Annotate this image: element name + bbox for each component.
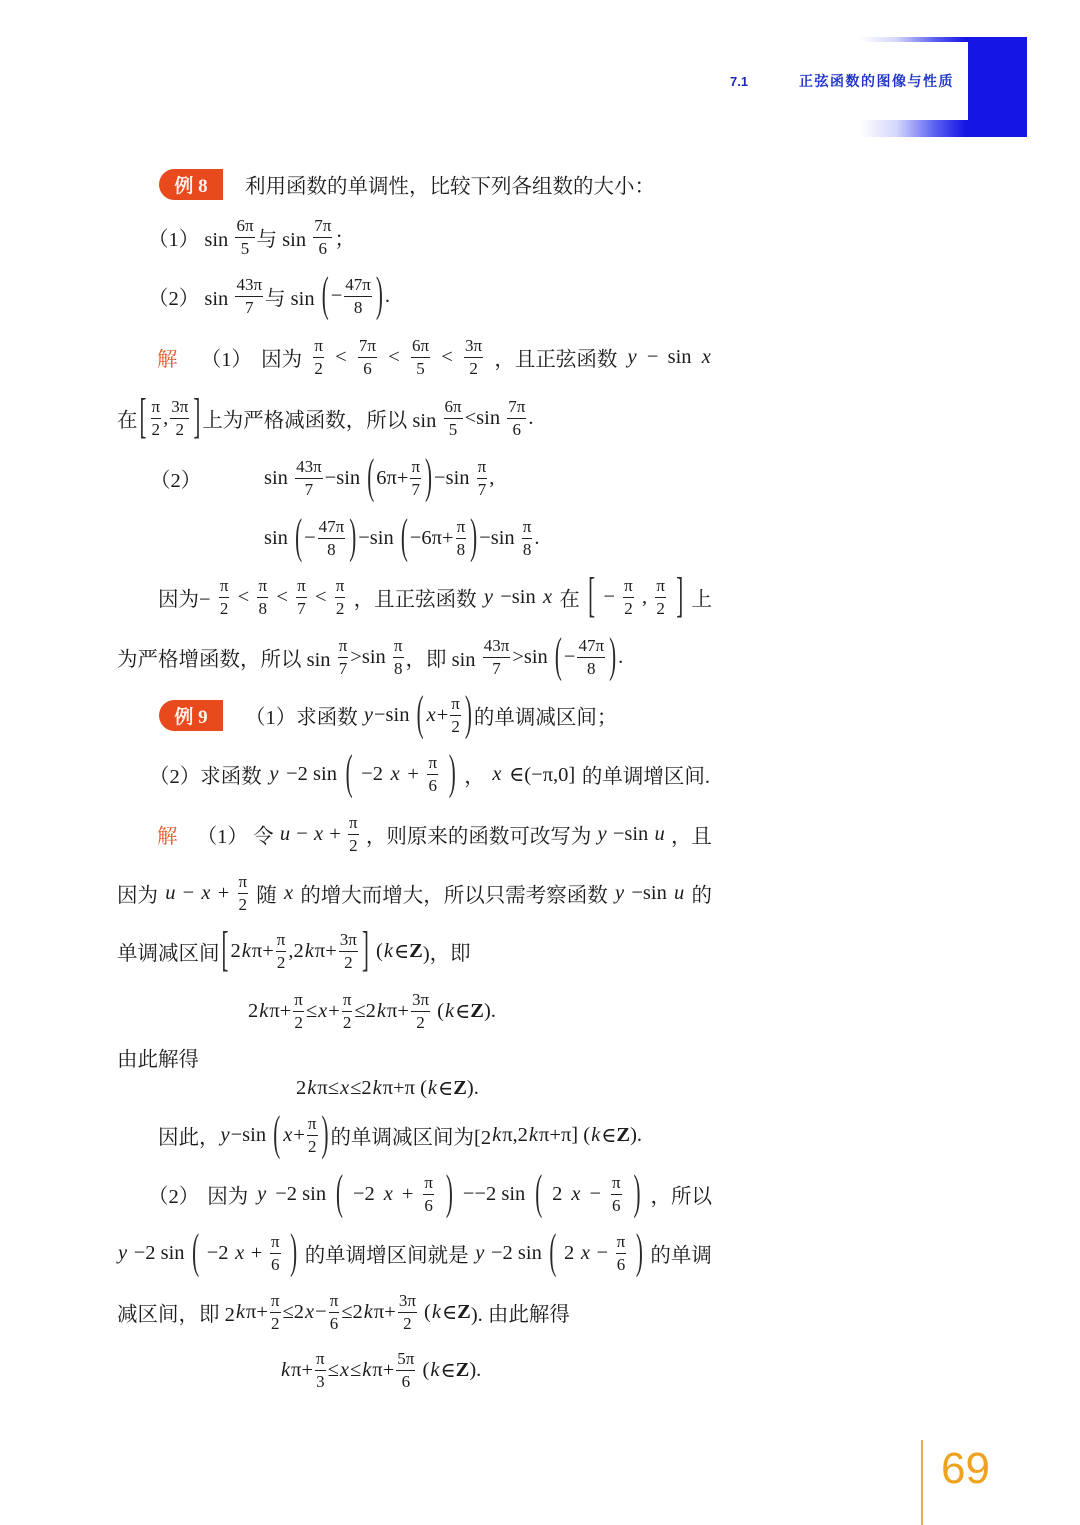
text-run: π+π ( bbox=[383, 1077, 427, 1100]
text-run: ). bbox=[467, 1077, 479, 1100]
fraction-denominator: 2 bbox=[655, 598, 666, 620]
text-run: ). bbox=[630, 1124, 642, 1147]
fraction-numerator: π bbox=[307, 1113, 318, 1135]
math-variable: y bbox=[363, 704, 374, 727]
fraction-denominator: 5 bbox=[415, 358, 426, 380]
text-run: − bbox=[589, 1183, 601, 1206]
left-delimiter: [ bbox=[222, 925, 229, 973]
fraction-denominator: 2 bbox=[415, 1012, 426, 1034]
text-run: 的单调增区间就是 bbox=[305, 1238, 469, 1268]
fraction: π2 bbox=[313, 335, 324, 380]
fraction-denominator: 8 bbox=[353, 297, 364, 319]
text-run: 因为− bbox=[158, 582, 211, 612]
text-run: ； bbox=[334, 222, 355, 252]
math-variable: y bbox=[268, 763, 279, 786]
math-variable: k bbox=[427, 1077, 438, 1100]
example-8-solution-equation: sin 43π7−sin (6π+π7)−sin π7, bbox=[264, 448, 494, 508]
fraction-numerator: 43π bbox=[483, 635, 511, 657]
text-run: + bbox=[437, 704, 449, 727]
fraction-numerator: 3π bbox=[339, 929, 358, 951]
text-run: 在 bbox=[559, 582, 580, 612]
math-variable: x bbox=[542, 586, 553, 609]
text-run: < bbox=[441, 346, 453, 369]
text-run: 随 bbox=[256, 878, 277, 908]
fraction: 3π2 bbox=[411, 989, 430, 1034]
example-9-solution-equation: kπ+π3≤x≤kπ+5π6 (k∈Z). bbox=[280, 1340, 481, 1400]
fraction: π2 bbox=[307, 1113, 318, 1158]
fraction-numerator: 47π bbox=[318, 516, 346, 538]
fraction: π7 bbox=[410, 456, 421, 501]
fraction: 47π8 bbox=[344, 274, 372, 319]
text-run: − bbox=[183, 882, 195, 905]
text-run: 的单调 bbox=[650, 1238, 712, 1268]
text-run: ∈ bbox=[440, 1358, 455, 1383]
text-run: ( bbox=[419, 1301, 431, 1324]
text-run: ≤2 bbox=[350, 1077, 372, 1100]
text-run: 上为严格减函数，所以 sin bbox=[202, 403, 441, 433]
fraction-numerator: π bbox=[338, 635, 349, 657]
math-variable: k bbox=[590, 1124, 601, 1147]
fraction: 43π7 bbox=[483, 635, 511, 680]
left-delimiter: ( bbox=[555, 631, 562, 679]
text-run: ( bbox=[417, 1359, 429, 1382]
fraction: π7 bbox=[296, 575, 307, 620]
left-delimiter: ( bbox=[336, 1168, 343, 1216]
text-run: π+π] ( bbox=[539, 1124, 590, 1147]
text-run: < bbox=[276, 586, 288, 609]
fraction: π8 bbox=[393, 635, 404, 680]
fraction-denominator: 7 bbox=[491, 658, 502, 680]
fraction: π6 bbox=[611, 1172, 622, 1217]
text-run: π+ bbox=[291, 1359, 313, 1382]
text-run: 因此， bbox=[158, 1120, 220, 1150]
example-9-solution-equation: 2kπ+π2≤x+π2≤2kπ+3π2 (k∈Z). bbox=[248, 981, 496, 1041]
text-run: + bbox=[251, 1242, 263, 1265]
fraction: π2 bbox=[238, 871, 249, 916]
fraction-numerator: 43π bbox=[295, 456, 323, 478]
fraction: π2 bbox=[342, 989, 353, 1034]
text-run: π+ bbox=[387, 1000, 409, 1023]
right-delimiter: ) bbox=[465, 689, 472, 737]
text-run: − bbox=[564, 646, 576, 669]
fraction-numerator: π bbox=[393, 635, 404, 657]
fraction-numerator: π bbox=[151, 396, 162, 418]
math-variable: k bbox=[361, 1359, 372, 1382]
fraction: π2 bbox=[655, 575, 666, 620]
fraction-numerator: π bbox=[238, 871, 249, 893]
left-delimiter: [ bbox=[588, 571, 595, 619]
fraction: π8 bbox=[456, 516, 467, 561]
text-run: 减区间，即 2 bbox=[117, 1297, 235, 1327]
fraction-numerator: π bbox=[655, 575, 666, 597]
fraction: 6π5 bbox=[444, 396, 463, 441]
fraction-numerator: π bbox=[270, 1231, 281, 1253]
fraction: 43π7 bbox=[295, 456, 323, 501]
text-run: π+ bbox=[315, 940, 337, 963]
right-delimiter: ) bbox=[470, 512, 477, 560]
text-run: ，且正弦函数 bbox=[354, 582, 477, 612]
fraction-numerator: 5π bbox=[396, 1348, 415, 1370]
math-set-symbol: Z bbox=[616, 1124, 630, 1147]
text-run: ≤2 bbox=[283, 1301, 305, 1324]
example-8-part-1: （1） sin 6π5与 sin 7π6； bbox=[148, 207, 355, 267]
example-8-solution-part-2-label: （2） bbox=[150, 448, 201, 508]
text-run: （2） bbox=[150, 463, 201, 493]
fraction-denominator: 6 bbox=[318, 238, 329, 260]
fraction: π2 bbox=[450, 693, 461, 738]
text-run: < bbox=[388, 346, 400, 369]
text-run: 令 bbox=[253, 819, 274, 849]
fraction: π8 bbox=[257, 575, 268, 620]
text-run: −sin bbox=[374, 704, 415, 727]
fraction: 7π6 bbox=[313, 215, 332, 260]
text-run: + bbox=[402, 1183, 414, 1206]
text-run: −sin bbox=[434, 467, 475, 490]
page-number-rule bbox=[921, 1440, 923, 1525]
math-variable: x bbox=[339, 1077, 350, 1100]
fraction: π6 bbox=[616, 1231, 627, 1276]
fraction-numerator: π bbox=[623, 575, 634, 597]
fraction-denominator: 2 bbox=[348, 835, 359, 857]
fraction: 6π5 bbox=[235, 215, 254, 260]
text-run: 2 bbox=[552, 1183, 562, 1206]
text-run: ≤2 bbox=[354, 1000, 376, 1023]
math-variable: k bbox=[431, 1301, 442, 1324]
fraction: π6 bbox=[329, 1290, 340, 1335]
fraction: 43π7 bbox=[235, 274, 263, 319]
text-run: （1） bbox=[201, 342, 252, 372]
fraction-denominator: 2 bbox=[307, 1136, 318, 1158]
fraction: 47π8 bbox=[318, 516, 346, 561]
text-run: （1） bbox=[197, 819, 248, 849]
example-8-solution-line: 解（1）因为π2<7π6<6π5<3π2，且正弦函数y−sinx bbox=[157, 327, 712, 387]
right-delimiter: ) bbox=[446, 1168, 453, 1216]
page-number: 69 bbox=[941, 1447, 990, 1491]
fraction-denominator: 2 bbox=[468, 358, 479, 380]
fraction-numerator: π bbox=[616, 1231, 627, 1253]
math-variable: y bbox=[614, 882, 625, 905]
fraction-numerator: 7π bbox=[507, 396, 526, 418]
text-run: − bbox=[296, 823, 308, 846]
text-run: − bbox=[603, 586, 615, 609]
text-run: 的增大而增大，所以只需考察函数 bbox=[300, 878, 608, 908]
math-variable: k bbox=[363, 1301, 374, 1324]
text-run: . bbox=[385, 285, 390, 308]
example-8-part-2: （2） sin 43π7与 sin (−47π8). bbox=[148, 266, 390, 326]
fraction-denominator: 2 bbox=[402, 1313, 413, 1335]
fraction-numerator: π bbox=[611, 1172, 622, 1194]
text-run: sin bbox=[668, 346, 692, 369]
text-run: + bbox=[293, 1124, 305, 1147]
right-delimiter: ) bbox=[349, 512, 356, 560]
math-set-symbol: Z bbox=[470, 1000, 484, 1023]
right-delimiter: ) bbox=[636, 1227, 643, 1275]
text-run: 2 bbox=[231, 940, 241, 963]
right-delimiter: ] bbox=[362, 925, 369, 973]
text-run: ∈(−π,0] bbox=[509, 762, 575, 787]
text-run: , bbox=[489, 467, 494, 490]
math-variable: u bbox=[673, 882, 685, 905]
fraction-numerator: π bbox=[342, 989, 353, 1011]
example-9-part-1: 例 9（1）求函数 y−sin (x+π2)的单调减区间； bbox=[159, 685, 617, 745]
text-run: 与 sin bbox=[257, 222, 312, 252]
example-8-solution-equation: sin (−47π8)−sin (−6π+π8)−sin π8. bbox=[264, 508, 540, 568]
example-9-solution-line: 因为u−x+π2随x的增大而增大，所以只需考察函数y−sinu的 bbox=[117, 863, 712, 923]
text-run: −2 bbox=[353, 1183, 375, 1206]
text-run: （1）求函数 bbox=[245, 700, 363, 730]
right-delimiter: ) bbox=[425, 452, 432, 500]
text-run: π+ bbox=[246, 1301, 268, 1324]
text-run: 上 bbox=[691, 582, 712, 612]
right-delimiter: ] bbox=[193, 392, 200, 440]
text-run: )，即 bbox=[423, 936, 471, 966]
fraction: π2 bbox=[276, 929, 287, 974]
fraction-denominator: 2 bbox=[151, 419, 162, 441]
text-run: 的 bbox=[691, 878, 712, 908]
solution-label: 解 bbox=[157, 819, 178, 849]
text-run: < bbox=[238, 586, 250, 609]
fraction: π6 bbox=[427, 752, 438, 797]
example-9-solution-line: 由此解得 bbox=[117, 1027, 199, 1087]
fraction-numerator: π bbox=[270, 1290, 281, 1312]
math-variable: u bbox=[279, 823, 291, 846]
math-variable: x bbox=[426, 704, 437, 727]
math-variable: x bbox=[234, 1242, 245, 1265]
fraction: 3π2 bbox=[339, 929, 358, 974]
fraction-numerator: 3π bbox=[170, 396, 189, 418]
left-delimiter: ( bbox=[535, 1168, 542, 1216]
fraction-denominator: 2 bbox=[335, 598, 346, 620]
text-run: ≤2 bbox=[341, 1301, 363, 1324]
fraction-numerator: π bbox=[423, 1172, 434, 1194]
text-run: 2 bbox=[564, 1242, 574, 1265]
example-badge: 例 8 bbox=[159, 169, 223, 200]
text-run: − bbox=[597, 1242, 609, 1265]
fraction-denominator: 6 bbox=[362, 358, 373, 380]
fraction: 6π5 bbox=[411, 335, 430, 380]
text-run: π+ bbox=[252, 940, 274, 963]
math-variable: x bbox=[200, 882, 211, 905]
text-run: （2） sin bbox=[148, 281, 233, 311]
text-run: −2 bbox=[207, 1242, 229, 1265]
math-variable: x bbox=[570, 1183, 581, 1206]
fraction-denominator: 2 bbox=[342, 1012, 353, 1034]
left-delimiter: [ bbox=[140, 392, 147, 440]
text-run: −2 sin bbox=[491, 1242, 542, 1265]
fraction: 7π6 bbox=[507, 396, 526, 441]
text-run: ). 由此解得 bbox=[471, 1297, 570, 1327]
text-run: . bbox=[618, 646, 623, 669]
math-variable: x bbox=[317, 1000, 328, 1023]
text-run: −6π+ bbox=[410, 527, 454, 550]
fraction-numerator: π bbox=[313, 335, 324, 357]
text-run: 在 bbox=[117, 403, 138, 433]
example-9-part-2: （2）求函数y−2 sin(−2x+π6)，x∈(−π,0]的单调增区间. bbox=[149, 744, 710, 804]
fraction-denominator: 6 bbox=[616, 1254, 627, 1276]
fraction-denominator: 6 bbox=[329, 1313, 340, 1335]
fraction: π2 bbox=[348, 812, 359, 857]
text-run: ). bbox=[469, 1359, 481, 1382]
fraction-numerator: 3π bbox=[398, 1290, 417, 1312]
text-run: ≤ bbox=[306, 1000, 317, 1023]
fraction-denominator: 2 bbox=[175, 419, 186, 441]
text-run: 的单调增区间. bbox=[582, 759, 710, 789]
fraction: 7π6 bbox=[358, 335, 377, 380]
text-run: 与 sin bbox=[265, 281, 320, 311]
text-run: 因为 bbox=[117, 878, 158, 908]
fraction-denominator: 8 bbox=[258, 598, 269, 620]
math-variable: y bbox=[117, 1242, 128, 1265]
left-delimiter: ( bbox=[549, 1227, 556, 1275]
fraction-denominator: 2 bbox=[238, 894, 249, 916]
math-variable: k bbox=[304, 940, 315, 963]
right-delimiter: ) bbox=[376, 270, 383, 318]
fraction: π6 bbox=[423, 1172, 434, 1217]
math-variable: x bbox=[701, 346, 712, 369]
math-variable: x bbox=[282, 1124, 293, 1147]
text-run: 单调减区间 bbox=[117, 936, 220, 966]
fraction-denominator: 2 bbox=[343, 952, 354, 974]
math-variable: x bbox=[339, 1359, 350, 1382]
text-run: （2）求函数 bbox=[149, 759, 262, 789]
text-run: − bbox=[304, 527, 316, 550]
math-set-symbol: Z bbox=[457, 1301, 471, 1324]
right-delimiter: ) bbox=[449, 748, 456, 796]
left-delimiter: ( bbox=[346, 748, 353, 796]
math-variable: k bbox=[235, 1301, 246, 1324]
text-run: ). bbox=[484, 1000, 496, 1023]
section-title: 正弦函数的图像与性质 bbox=[799, 73, 954, 89]
left-delimiter: ( bbox=[367, 452, 374, 500]
math-variable: x bbox=[580, 1242, 591, 1265]
text-run: sin bbox=[264, 527, 293, 550]
math-set-symbol: Z bbox=[453, 1077, 467, 1100]
fraction: π7 bbox=[338, 635, 349, 680]
math-variable: y bbox=[220, 1124, 231, 1147]
example-8-solution-line: 在[π2,3π2]上为严格减函数，所以 sin 6π5<sin 7π6. bbox=[117, 388, 533, 448]
fraction-denominator: 5 bbox=[240, 238, 251, 260]
text-run: <sin bbox=[465, 407, 506, 430]
fraction-numerator: π bbox=[329, 1290, 340, 1312]
fraction: 3π2 bbox=[398, 1290, 417, 1335]
text-run: ， bbox=[464, 759, 485, 789]
text-run: π+ bbox=[269, 1000, 291, 1023]
fraction-numerator: π bbox=[219, 575, 230, 597]
text-run: + bbox=[328, 1000, 340, 1023]
fraction-denominator: 6 bbox=[270, 1254, 281, 1276]
math-variable: k bbox=[528, 1124, 539, 1147]
text-run: −2 bbox=[361, 763, 383, 786]
math-variable: y bbox=[256, 1183, 267, 1206]
fraction-numerator: π bbox=[450, 693, 461, 715]
example-9-solution-line: 解（1）令u−x+π2，则原来的函数可改写为y−sinu，且 bbox=[157, 804, 712, 864]
math-variable: y bbox=[597, 823, 608, 846]
text-run: −sin bbox=[231, 1124, 272, 1147]
math-set-symbol: Z bbox=[456, 1359, 470, 1382]
text-run: −sin bbox=[500, 586, 536, 609]
text-run: −sin bbox=[479, 527, 520, 550]
text-run: ，且正弦函数 bbox=[494, 342, 617, 372]
left-delimiter: ( bbox=[417, 689, 424, 737]
math-variable: k bbox=[241, 940, 252, 963]
text-run: < bbox=[315, 586, 327, 609]
text-run: 2 bbox=[296, 1077, 306, 1100]
text-run: 因为 bbox=[261, 342, 302, 372]
fraction-denominator: 8 bbox=[326, 539, 337, 561]
text-run: >sin bbox=[512, 646, 553, 669]
right-delimiter: ] bbox=[676, 571, 683, 619]
text-run: sin bbox=[264, 467, 293, 490]
text-run: 由此解得 bbox=[117, 1042, 199, 1072]
math-variable: x bbox=[313, 823, 324, 846]
example-8-solution-line: 因为−π2<π8<π7<π2，且正弦函数y−sinx在[−π2,π2]上 bbox=[158, 567, 712, 627]
fraction-numerator: 43π bbox=[235, 274, 263, 296]
fraction: π3 bbox=[315, 1348, 326, 1393]
text-run: − bbox=[315, 1301, 327, 1324]
text-run: π≤ bbox=[317, 1077, 339, 1100]
fraction-numerator: π bbox=[348, 812, 359, 834]
math-variable: y bbox=[474, 1242, 485, 1265]
fraction-numerator: 6π bbox=[411, 335, 430, 357]
fraction-denominator: 7 bbox=[296, 598, 307, 620]
fraction-numerator: 3π bbox=[464, 335, 483, 357]
text-run: −2 sin bbox=[134, 1242, 185, 1265]
math-variable: y bbox=[483, 586, 494, 609]
fraction-denominator: 6 bbox=[423, 1195, 434, 1217]
text-run: −sin bbox=[325, 467, 366, 490]
text-run: ，所以 bbox=[650, 1179, 712, 1209]
fraction: π7 bbox=[477, 456, 488, 501]
text-run: ≤ bbox=[350, 1359, 361, 1382]
text-run: 利用函数的单调性，比较下列各组数的大小： bbox=[245, 169, 655, 199]
example-8-solution-line: 为严格增函数，所以 sin π7>sin π8，即 sin 43π7>sin (… bbox=[117, 627, 623, 687]
text-run: , bbox=[163, 407, 168, 430]
text-run: ≤ bbox=[328, 1359, 339, 1382]
text-run: 为严格增函数，所以 sin bbox=[117, 642, 336, 672]
text-run: + bbox=[329, 823, 341, 846]
right-delimiter: ) bbox=[609, 631, 616, 679]
fraction-numerator: 7π bbox=[313, 215, 332, 237]
fraction-denominator: 2 bbox=[276, 952, 287, 974]
math-variable: k bbox=[376, 1000, 387, 1023]
fraction-denominator: 2 bbox=[219, 598, 230, 620]
fraction-numerator: 6π bbox=[444, 396, 463, 418]
text-run: ( bbox=[371, 940, 383, 963]
fraction-numerator: π bbox=[257, 575, 268, 597]
text-run: −2 sin bbox=[286, 763, 337, 786]
text-run: ∈ bbox=[438, 1076, 453, 1101]
fraction-numerator: π bbox=[456, 516, 467, 538]
text-run: , bbox=[642, 586, 647, 609]
text-run: − bbox=[647, 346, 659, 369]
math-variable: x bbox=[283, 882, 294, 905]
fraction-denominator: 7 bbox=[477, 479, 488, 501]
fraction-numerator: 3π bbox=[411, 989, 430, 1011]
text-run: π+ bbox=[372, 1359, 394, 1382]
example-9-solution-line: （2）因为y−2 sin(−2x+π6)−−2 sin(2x−π6)，所以 bbox=[148, 1164, 712, 1224]
text-run: ，且 bbox=[671, 819, 712, 849]
math-variable: k bbox=[429, 1359, 440, 1382]
fraction: π2 bbox=[335, 575, 346, 620]
math-variable: k bbox=[383, 940, 394, 963]
fraction: 3π2 bbox=[170, 396, 189, 441]
fraction: π2 bbox=[151, 396, 162, 441]
fraction: π2 bbox=[623, 575, 634, 620]
text-run: 因为 bbox=[207, 1179, 248, 1209]
math-variable: x bbox=[304, 1301, 315, 1324]
fraction-numerator: π bbox=[293, 989, 304, 1011]
solution-label: 解 bbox=[157, 342, 178, 372]
